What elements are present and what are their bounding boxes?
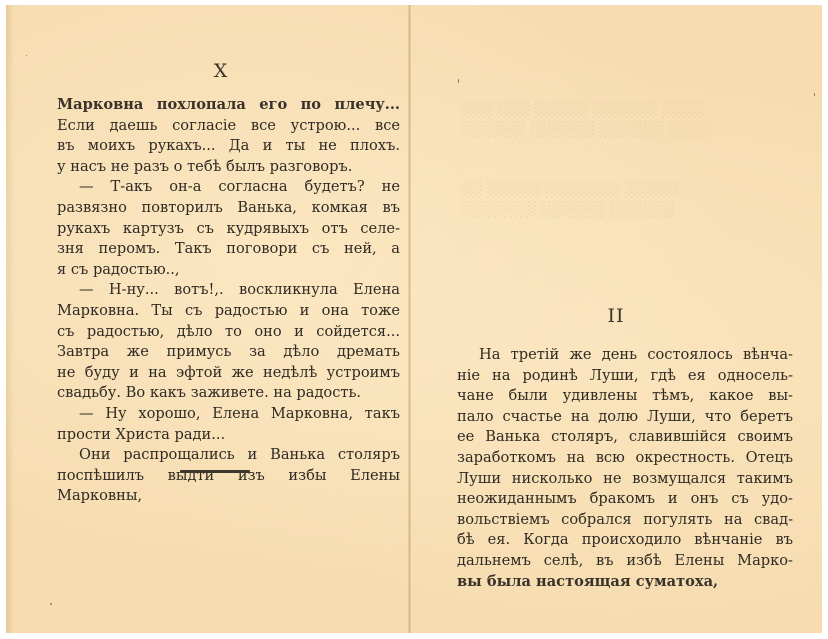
text-line: — Н-ну... вотъ!,. воскликнула Елена <box>57 280 400 301</box>
text-line: заработкомъ на всю окрестность. Отецъ <box>457 448 793 469</box>
text-line: Марковна похлопала его по плечу... <box>57 95 400 116</box>
book-spread: X Марковна похлопала его по плечу...Если… <box>6 5 822 633</box>
text-line: не буду и на эфтой же недѣлѣ устроимъ <box>57 363 400 384</box>
paper-speck <box>26 55 27 56</box>
text-line: ніе на родинѣ Луши, гдѣ ея односель- <box>457 366 793 387</box>
text-line: Если даешь согласіе все устрою... все <box>57 116 400 137</box>
left-page: X Марковна похлопала его по плечу...Если… <box>6 5 410 633</box>
text-line: — Т-акъ он-а согласна будетъ? не <box>57 177 400 198</box>
text-line: Завтра же примусь за дѣло дремать <box>57 342 400 363</box>
paper-speck <box>50 603 52 605</box>
right-page: ░░░░ ░░░░░░ ░░░░░ ░░░ ░░░ ░░░░ ░░░░░░ ░░… <box>410 5 822 633</box>
section-end-rule <box>180 470 250 473</box>
chapter-heading-left: X <box>6 60 436 82</box>
text-line: Марковны, <box>57 486 400 507</box>
left-page-body-text: Марковна похлопала его по плечу...Если д… <box>57 95 400 507</box>
text-line: бѣ ея. Когда происходило вѣнчаніе въ <box>457 530 793 551</box>
paper-speck <box>814 93 815 96</box>
text-line: зня перомъ. Такъ поговори съ ней, а <box>57 239 400 260</box>
text-line: Марковна. Ты съ радостью и она тоже <box>57 301 400 322</box>
bleed-through-text: ░░░░░░ ░░░░░░ ░░░░░░░ <box>460 200 673 220</box>
bleed-through-text: ░░░░░ ░░░░░░░ ░░░░░ ░░ <box>460 180 678 200</box>
text-line: поспѣшилъ выдти изъ избы Елены <box>57 466 400 487</box>
text-line: На третій же день состоялось вѣнча- <box>457 345 793 366</box>
text-line: свадьбу. Во какъ заживете. на радость. <box>57 383 400 404</box>
bleed-through-text: ░░░░ ░░░░░░ ░░░░░ ░░░ ░░░ <box>460 100 704 120</box>
text-line: рукахъ картузъ съ кудрявыхъ отъ селе- <box>57 219 400 240</box>
text-line: вольствіемъ собрался погулять на свад- <box>457 510 793 531</box>
text-line: у насъ не разъ о тебѣ былъ разговоръ. <box>57 157 400 178</box>
text-line: пало счастье на долю Луши, что беретъ <box>457 407 793 428</box>
chapter-heading-right: II <box>410 305 822 327</box>
text-line: я съ радостью.., <box>57 260 400 281</box>
text-line: Они распрощались и Ванька столяръ <box>57 445 400 466</box>
text-line: чане были удивлены тѣмъ, какое вы- <box>457 386 793 407</box>
bleed-through-text: ░░░░ ░░░░░░ ░░░░░░ ░░░░░░ <box>460 120 710 140</box>
right-page-body-text: На третій же день состоялось вѣнча-ніе н… <box>457 345 793 592</box>
text-line: прости Христа ради... <box>57 425 400 446</box>
paper-speck <box>458 79 459 83</box>
text-line: дальнемъ селѣ, въ избѣ Елены Марко- <box>457 551 793 572</box>
text-line: — Ну хорошо, Елена Марковна, такъ <box>57 404 400 425</box>
text-line: вы была настоящая суматоха, <box>457 572 793 593</box>
text-line: неожиданнымъ бракомъ и онъ съ удо- <box>457 489 793 510</box>
text-line: развязно повторилъ Ванька, комкая въ <box>57 198 400 219</box>
text-line: съ радостью, дѣло то оно и сойдется... <box>57 322 400 343</box>
text-line: въ моихъ рукахъ... Да и ты не плохъ. <box>57 136 400 157</box>
text-line: ее Ванька столяръ, славившійся своимъ <box>457 427 793 448</box>
text-line: Луши нисколько не возмущался такимъ <box>457 469 793 490</box>
